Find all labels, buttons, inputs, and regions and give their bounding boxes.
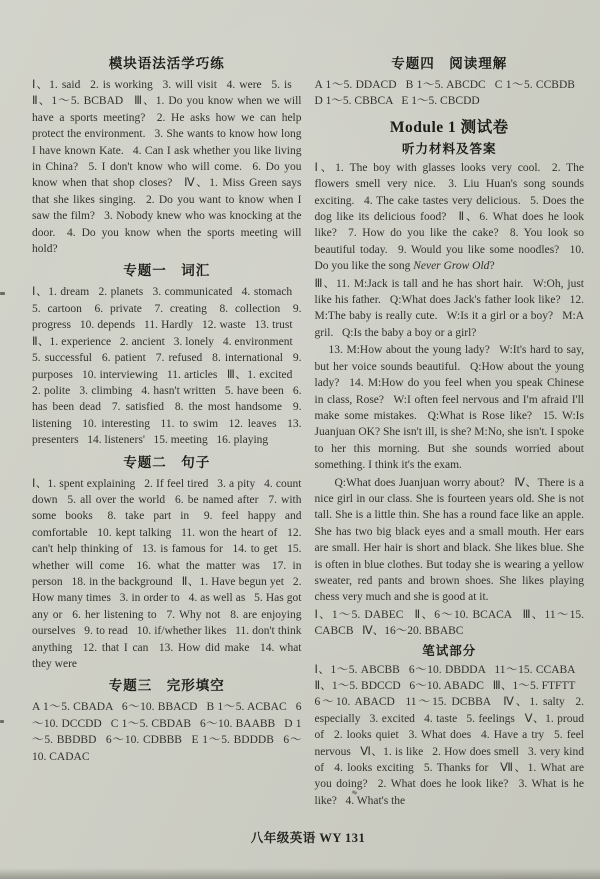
scan-artifact [0, 292, 5, 295]
section-title-topic1-vocabulary: 专题一 词汇 [32, 262, 302, 280]
section-title-topic3-cloze: 专题三 完形填空 [32, 677, 302, 695]
written-part-answers: Ⅰ、1～5. ABCBB 6～10. DBDDA 11～15. CCABA Ⅱ、… [315, 662, 585, 810]
listening-transcript-part1: Ⅰ、1. The boy with glasses looks very coo… [315, 160, 585, 275]
section-title-module1-test: Module 1 测试卷 [315, 117, 585, 138]
listening-transcript-part3: 13. M:How about the young lady? W:It's h… [315, 342, 585, 473]
topic1-vocabulary-answers: Ⅰ、1. dream 2. planets 3. communicated 4.… [32, 284, 302, 448]
listening-part1-text: Ⅰ、1. The boy with glasses looks very coo… [315, 162, 585, 272]
page-bottom-edge-shadow [0, 868, 600, 879]
topic4-reading-answers: A 1～5. DDACD B 1～5. ABCDC C 1～5. CCBDB D… [315, 77, 585, 110]
listening-answer-keys: Ⅰ、1～5. DABEC Ⅱ、6～10. BCACA Ⅲ、11～15. CABC… [315, 607, 585, 640]
topic2-sentences-answers: Ⅰ、1. spent explaining 2. If feel tired 3… [32, 476, 302, 673]
listening-part1-end: ? [489, 260, 494, 272]
left-column: 模块语法活学巧练 Ⅰ、1. said 2. is working 3. will… [32, 50, 302, 810]
song-title-italic: Never Grow Old [413, 260, 489, 272]
page-footer-book-label: 八年级英语 WY 131 [32, 828, 584, 846]
section-title-topic4-reading: 专题四 阅读理解 [315, 55, 585, 73]
topic3-cloze-answers: A 1～5. CBADA 6～10. BBACD B 1～5. ACBAC 6～… [32, 699, 302, 765]
listening-transcript-part4: Q:What does Juanjuan worry about? Ⅳ、Ther… [315, 475, 585, 606]
scanned-answer-page: 模块语法活学巧练 Ⅰ、1. said 2. is working 3. will… [0, 0, 600, 879]
right-column: 专题四 阅读理解 A 1～5. DDACD B 1～5. ABCDC C 1～5… [315, 50, 585, 810]
listening-transcript-part2: Ⅲ、11. M:Jack is tall and he has short ha… [315, 276, 585, 342]
two-column-layout: 模块语法活学巧练 Ⅰ、1. said 2. is working 3. will… [0, 0, 600, 810]
section-title-module-grammar: 模块语法活学巧练 [32, 55, 302, 73]
section-title-listening-materials: 听力材料及答案 [315, 141, 585, 158]
module-grammar-answers: Ⅰ、1. said 2. is working 3. will visit 4.… [32, 77, 302, 257]
section-title-written-part: 笔试部分 [315, 643, 585, 660]
section-title-topic2-sentences: 专题二 句子 [32, 454, 302, 472]
scan-artifact [0, 720, 4, 723]
